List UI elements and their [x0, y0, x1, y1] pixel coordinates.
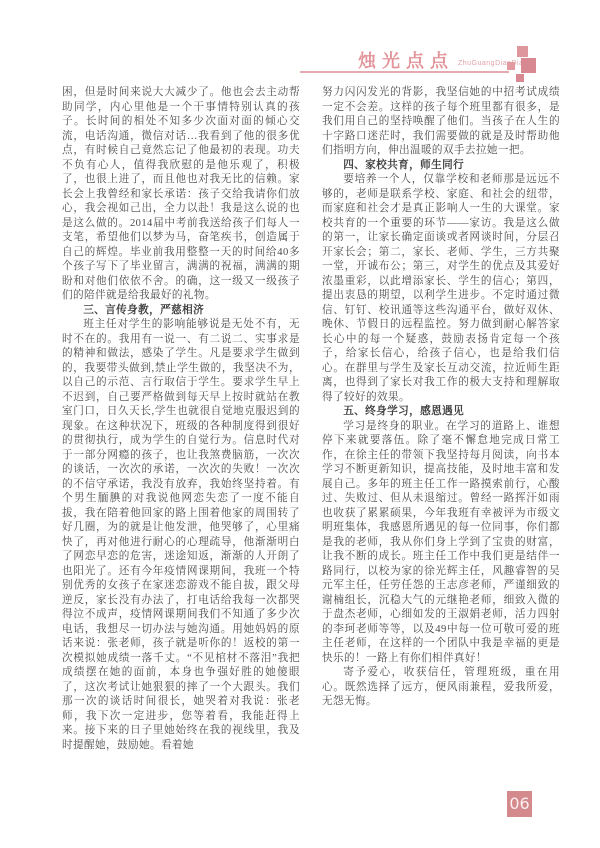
- pixel-square: [521, 58, 536, 73]
- section-heading: 三、言传身教，严慈相济: [62, 304, 300, 319]
- pixel-square: [517, 46, 528, 57]
- paragraph: 要培养一个人，仅靠学校和老师那是远远不够的，老师是联系学校、家庭、和社会的纽带，…: [322, 173, 560, 405]
- paragraph: 寄予爱心，收获信任，管理班级，重在用心。既然选择了远方，便风雨兼程，爱我所爱，无…: [322, 666, 560, 710]
- left-column: 困，但是时间来说大大减少了。他也会去主动帮助同学，内心里他是一个干事情特别认真的…: [62, 86, 300, 753]
- pixel-squares-icon: [505, 44, 537, 82]
- section-heading: 四、家校共育，师生同行: [322, 159, 560, 174]
- section-heading: 五、终身学习，感恩遇见: [322, 405, 560, 420]
- paragraph: 努力闪闪发光的背影，我坚信她的中招考试成绩一定不会差。这样的孩子每个班里都有很多…: [322, 86, 560, 159]
- right-column: 努力闪闪发光的背影，我坚信她的中招考试成绩一定不会差。这样的孩子每个班里都有很多…: [322, 86, 560, 753]
- logo-title: 烛光点点: [358, 47, 454, 73]
- article-body: 困，但是时间来说大大减少了。他也会去主动帮助同学，内心里他是一个干事情特别认真的…: [62, 86, 560, 753]
- pixel-square: [507, 62, 515, 70]
- paragraph: 困，但是时间来说大大减少了。他也会去主动帮助同学，内心里他是一个干事情特别认真的…: [62, 86, 300, 304]
- pixel-square: [516, 74, 524, 82]
- page-number-badge: 06: [507, 791, 532, 817]
- magazine-page: 烛光点点 ZhuGuangDianDian 困，但是时间来说大大减少了。他也会去…: [0, 0, 600, 848]
- paragraph: 班主任对学生的影响能够说是无处不有，无时不在的。我用有一说一、有二说二、实事求是…: [62, 318, 300, 753]
- paragraph: 学习是终身的职业。在学习的道路上、谁想停下来就要落伍。除了毫不懈怠地完成日常工作…: [322, 420, 560, 667]
